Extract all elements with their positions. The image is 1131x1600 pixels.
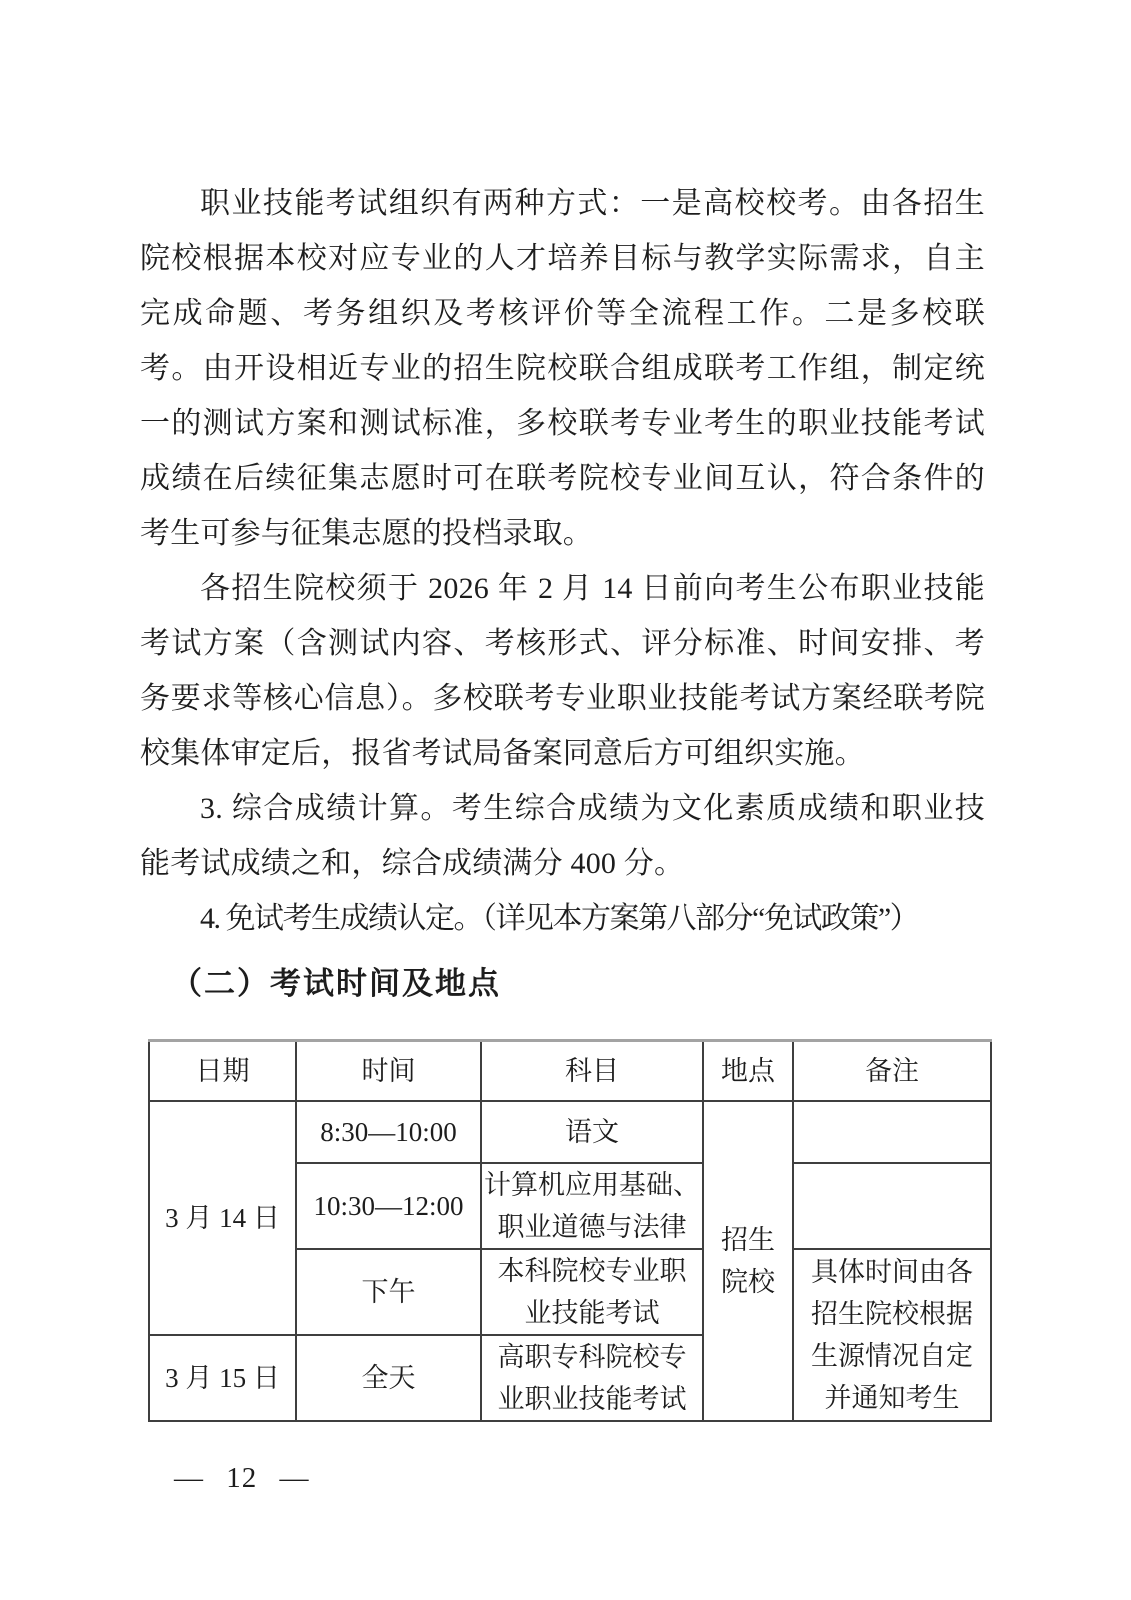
cell-time-morning2: 10:30—12:00	[296, 1163, 481, 1249]
cell-subject-chinese: 语文	[481, 1101, 703, 1163]
cell-time-morning1: 8:30—10:00	[296, 1101, 481, 1163]
cell-subject-undergrad-skill: 本科院校专业职 业技能考试	[481, 1249, 703, 1335]
table-row-morning-chinese: 3 月 14 日 8:30—10:00 语文 招生 院校	[149, 1101, 991, 1163]
paragraph-composite-score: 3. 综合成绩计算。考生综合成绩为文化素质成绩和职业技能考试成绩之和，综合成绩满…	[140, 781, 985, 891]
exam-schedule-table: 日期 时间 科目 地点 备注 3 月 14 日 8:30—10:00 语文 招生…	[148, 1039, 992, 1422]
cell-date-mar15: 3 月 15 日	[149, 1335, 296, 1421]
document-body: 职业技能考试组织有两种方式：一是高校校考。由各招生院校根据本校对应专业的人才培养…	[140, 176, 985, 1422]
cell-remark-note: 具体时间由各 招生院校根据 生源情况自定 并通知考生	[793, 1249, 991, 1421]
column-header-subject: 科目	[481, 1041, 703, 1102]
paragraph-exam-organization: 职业技能考试组织有两种方式：一是高校校考。由各招生院校根据本校对应专业的人才培养…	[140, 176, 985, 561]
column-header-location: 地点	[703, 1041, 793, 1102]
cell-location-enrolling-college: 招生 院校	[703, 1101, 793, 1421]
cell-subject-computer-ethics: 计算机应用基础、 职业道德与法律	[481, 1163, 703, 1249]
column-header-date: 日期	[149, 1041, 296, 1102]
table-header-row: 日期 时间 科目 地点 备注	[149, 1041, 991, 1102]
cell-date-mar14: 3 月 14 日	[149, 1101, 296, 1335]
cell-remark-empty-1	[793, 1101, 991, 1163]
paragraph-exemption-recognition: 4. 免试考生成绩认定。（详见本方案第八部分“免试政策”）	[140, 891, 985, 946]
page-number: — 12 —	[174, 1462, 310, 1495]
cell-subject-vocational-skill: 高职专科院校专 业职业技能考试	[481, 1335, 703, 1421]
cell-remark-empty-2	[793, 1163, 991, 1249]
document-page: { "page": { "background": "#ffffff", "te…	[0, 0, 1131, 1600]
cell-time-allday: 全天	[296, 1335, 481, 1421]
paragraph-exam-plan-publication: 各招生院校须于 2026 年 2 月 14 日前向考生公布职业技能考试方案（含测…	[140, 561, 985, 781]
cell-time-afternoon: 下午	[296, 1249, 481, 1335]
column-header-remark: 备注	[793, 1041, 991, 1102]
section-heading-exam-time-location: （二）考试时间及地点	[140, 956, 985, 1011]
column-header-time: 时间	[296, 1041, 481, 1102]
